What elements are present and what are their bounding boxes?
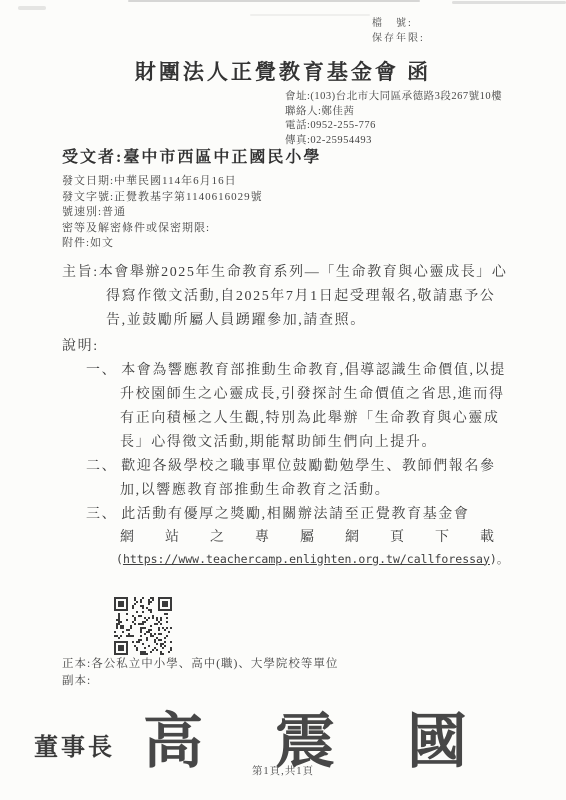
scan-artifact [128, 0, 420, 2]
item-number: 一、 [86, 363, 121, 378]
original-copy-line: 正本:各公私立中小學、高中(職)、大學院校等單位 [62, 656, 338, 673]
scanned-letter-page: 檔 號: 保存年限: 財團法人正覺教育基金會 函 會址:(103)台北市大同區承… [0, 0, 566, 800]
item-number: 三、 [86, 507, 121, 522]
subject-label: 主旨: [62, 265, 99, 280]
priority-line: 號速別:普通 [62, 205, 514, 221]
cc-line: 副本: [62, 673, 338, 690]
qr-code [113, 597, 173, 655]
recipient-line: 受文者:臺中市西區中正國民小學 [62, 144, 514, 167]
letter-body: 受文者:臺中市西區中正國民小學 發文日期:中華民國114年6月16日 發文字號:… [60, 144, 514, 569]
scan-artifact [250, 14, 370, 16]
item-text: 本會為響應教育部推動生命教育,倡導認識生命價值,以提升校園師生之心靈成長,引發探… [120, 363, 506, 450]
page-number-footer: 第1頁,共1頁 [0, 763, 566, 778]
explanation-item-2: 二、歡迎各級學校之職事單位鼓勵勸勉學生、教師們報名參加,以響應教育部推動生命教育… [86, 455, 514, 503]
document-title: 財團法人正覺教育基金會 函 [0, 56, 566, 86]
sender-info-block: 會址:(103)台北市大同區承德路3段267號10樓 聯絡人:鄭佳茜 電話:09… [285, 90, 502, 148]
subject-text: 本會舉辦2025年生命教育系列—「生命教育與心靈成長」心得寫作徵文活動,自202… [99, 265, 508, 328]
sender-contact: 聯絡人:鄭佳茜 [285, 105, 502, 120]
item-text: 歡迎各級學校之職事單位鼓勵勸勉學生、教師們報名參加,以響應教育部推動生命教育之活… [120, 459, 496, 498]
subject-paragraph: 主旨:本會舉辦2025年生命教育系列—「生命教育與心靈成長」心得寫作徵文活動,自… [62, 261, 514, 333]
sender-address: 會址:(103)台北市大同區承德路3段267號10樓 [285, 90, 502, 105]
url-open-paren: ( [116, 552, 123, 566]
explanation-item-3: 三、此活動有優厚之獎勵,相關辦法請至正覺教育基金會 [86, 503, 514, 527]
scan-artifact [18, 6, 46, 10]
file-number-label: 檔 號: [372, 16, 425, 31]
retention-period-label: 保存年限: [372, 31, 425, 46]
item-3-url-line: (https://www.teachercamp.enlighten.org.t… [116, 549, 514, 569]
item-text: 此活動有優厚之獎勵,相關辦法請至正覺教育基金會 [121, 507, 469, 522]
item-3-spread-text: 網站之專屬網頁下載 [120, 527, 514, 549]
scan-artifact [452, 1, 566, 4]
explanation-item-1: 一、本會為響應教育部推動生命教育,倡導認識生命價值,以提升校園師生之心靈成長,引… [86, 359, 514, 455]
corner-file-block: 檔 號: 保存年限: [372, 16, 425, 46]
attachment-line: 附件:如文 [62, 236, 514, 252]
sender-phone: 電話:0952-255-776 [285, 119, 502, 134]
chairman-title: 董事長 [34, 727, 115, 762]
classification-line: 密等及解密條件或保密期限: [62, 221, 514, 237]
issue-date-line: 發文日期:中華民國114年6月16日 [62, 174, 514, 190]
copies-block: 正本:各公私立中小學、高中(職)、大學院校等單位 副本: [62, 656, 338, 689]
doc-number-line: 發文字號:正覺教基字第1140616029號 [62, 190, 514, 206]
essay-call-url-link[interactable]: https://www.teachercamp.enlighten.org.tw… [123, 552, 490, 566]
explanation-label: 說明: [62, 335, 514, 359]
item-number: 二、 [86, 459, 121, 474]
url-close-paren: )。 [490, 552, 508, 566]
meta-block: 發文日期:中華民國114年6月16日 發文字號:正覺教基字第1140616029… [62, 174, 514, 252]
